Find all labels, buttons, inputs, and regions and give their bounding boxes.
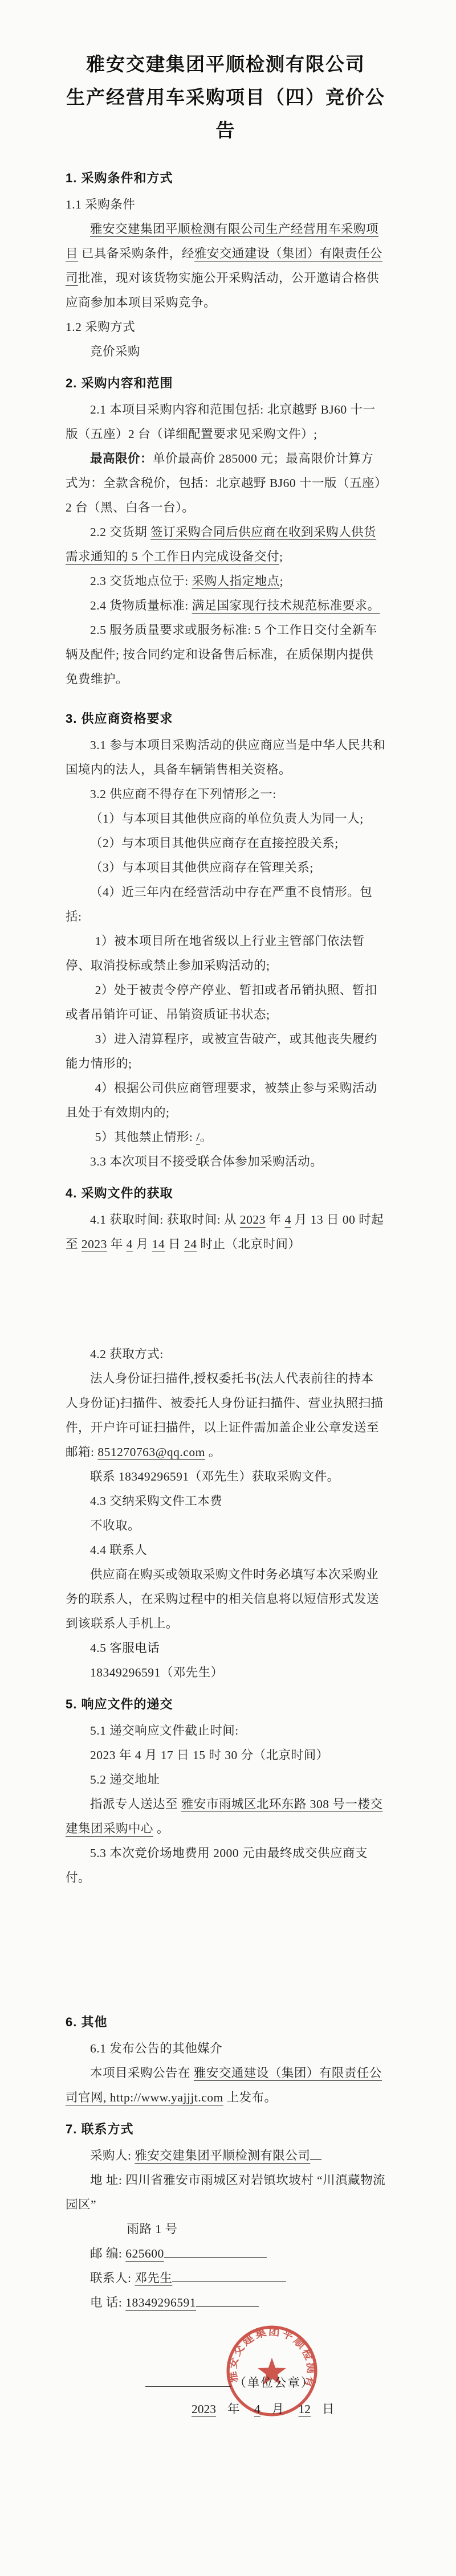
text-segment: 625600 <box>125 2247 164 2260</box>
paragraph: 5.3 本次竞价场地费用 2000 元由最终成交供应商支付。 <box>66 1841 386 1890</box>
paragraph: 3.3 本次项目不接受联合体参加采购活动。 <box>66 1150 386 1174</box>
seal-line: （单位公章） <box>145 2371 314 2395</box>
text-segment: 5.3 本次竞价场地费用 2000 元由最终成交供应商支付。 <box>66 1846 368 1884</box>
section-heading: 4. 采购文件的获取 <box>66 1181 386 1205</box>
date-day: 12 <box>290 2402 320 2416</box>
paragraph: 1）被本项目所在地省级以上行业主管部门依法暂停、取消投标或禁止参加采购活动的; <box>66 929 386 978</box>
text-segment: 4 <box>127 1237 133 1251</box>
paragraph: 不收取。 <box>66 1514 386 1538</box>
paragraph: 2.2 交货期 签订采购合同后供应商在收到采购人供货需求通知的 5 个工作日内完… <box>66 520 386 569</box>
paragraph: 4.2 获取方式: <box>66 1342 386 1367</box>
text-segment: 。 <box>205 1445 221 1459</box>
text-segment: 2.2 交货期 <box>90 525 150 539</box>
text-segment: ; <box>279 550 283 563</box>
document-section-4b-5: 4.2 获取方式:法人身份证扫描件,授权委托书(法人代表前往的持本人身份证)扫描… <box>66 1342 386 1890</box>
paragraph: （4）近三年内在经营活动中存在严重不良情形。包括: <box>66 880 386 929</box>
text-segment: 3）进入清算程序，或被宣告破产，或其他丧失履约能力情形的; <box>66 1032 377 1070</box>
text-segment: 本项目采购公告在 <box>90 2066 194 2080</box>
text-segment: 满足国家现行技术规范标准要求。 <box>192 599 380 612</box>
paragraph: 6.1 发布公告的其他媒介 <box>66 2037 386 2061</box>
text-segment: 竞价采购 <box>90 345 140 358</box>
blank-underline <box>310 2147 321 2160</box>
text-segment: 4.1 获取时间: 获取时间: 从 <box>90 1213 240 1226</box>
text-segment: ; <box>280 574 283 588</box>
text-segment: 6.1 发布公告的其他媒介 <box>90 2042 222 2055</box>
text-segment: 1.1 采购条件 <box>66 198 135 211</box>
text-segment: 3.1 参与本项目采购活动的供应商应当是中华人民共和国境内的法人，具备车辆销售相… <box>66 738 385 776</box>
text-segment: 1）被本项目所在地省级以上行业主管部门依法暂停、取消投标或禁止参加采购活动的; <box>66 934 365 972</box>
text-segment: 4.2 获取方式: <box>90 1347 164 1361</box>
text-segment: 5）其他禁止情形: <box>95 1130 197 1144</box>
text-segment: 2023 年 4 月 17 日 15 时 30 分（北京时间） <box>90 1748 329 1762</box>
text-segment: 雅安交建集团平顺检测有限公司 <box>135 2149 310 2162</box>
text-segment: 1. 采购条件和方式 <box>66 171 173 185</box>
text-segment: 2023 <box>240 1213 266 1226</box>
paragraph: 联系人: 邓先生 <box>66 2266 386 2291</box>
document-section-1-2: 雅安交建集团平顺检测有限公司 生产经营用车采购项目（四）竞价公告 1. 采购条件… <box>66 48 386 692</box>
text-segment: 批准，现对该货物实施公开采购活动，公开邀请合格供应商参加本项目采购竞争。 <box>66 271 379 309</box>
text-segment: 已具备采购条件，经 <box>78 247 194 260</box>
paragraph: 5）其他禁止情形: /。 <box>66 1125 386 1150</box>
text-segment: 4 <box>285 1213 291 1226</box>
paragraph: 地 址: 四川省雅安市雨城区对岩镇坎坡村 “川滇藏物流园区” <box>66 2168 386 2217</box>
paragraph: 2.4 货物质量标准: 满足国家现行技术规范标准要求。 <box>66 594 386 618</box>
text-segment: 5.2 递交地址 <box>90 1773 160 1786</box>
date-line: 2023年 4月 12日 <box>182 2397 337 2422</box>
text-segment: 不收取。 <box>90 1519 140 1532</box>
text-segment: （2）与本项目其他供应商存在直接控股关系; <box>90 836 339 850</box>
text-segment: 1.2 采购方式 <box>66 320 135 334</box>
date-year: 2023 <box>182 2402 225 2416</box>
date-day-label: 日 <box>320 2402 337 2416</box>
paragraph: 4.1 获取时间: 获取时间: 从 2023 年 4 月 13 日 00 时起至… <box>66 1208 386 1257</box>
text-segment: （4）近三年内在经营活动中存在严重不良情形。包括: <box>66 885 372 923</box>
text-segment: 。 <box>153 1822 169 1835</box>
text-segment: 日 <box>165 1237 184 1251</box>
text-segment: 3.2 供应商不得存在下列情形之一: <box>90 787 276 801</box>
text-segment: 时止（北京时间） <box>197 1237 300 1251</box>
paragraph: 4.3 交纳采购文件工本费 <box>66 1489 386 1514</box>
text-segment: 5.1 递交响应文件截止时间: <box>90 1724 239 1737</box>
section-heading: 7. 联系方式 <box>66 2117 386 2141</box>
text-segment: 2023 <box>82 1237 107 1251</box>
date-year-label: 年 <box>225 2402 242 2416</box>
text-segment: 雨路 1 号 <box>127 2222 178 2236</box>
date-month: 4 <box>245 2402 270 2416</box>
paragraph: 邮 编: 625600 <box>66 2242 386 2266</box>
paragraph: 2.3 交货地点位于: 采购人指定地点; <box>66 569 386 594</box>
paragraph: 2023 年 4 月 17 日 15 时 30 分（北京时间） <box>66 1743 386 1768</box>
blank-underline <box>196 2294 259 2307</box>
paragraph: 雨路 1 号 <box>66 2217 386 2242</box>
paragraph: 供应商在购买或领取采购文件时务必填写本次采购业务的联系人，在采购过程中的相关信息… <box>66 1563 386 1636</box>
paragraph: 3）进入清算程序，或被宣告破产，或其他丧失履约能力情形的; <box>66 1027 386 1076</box>
seal-note: （单位公章） <box>234 2376 314 2390</box>
text-segment: 指派专人送达至 <box>90 1797 181 1811</box>
text-segment: 邓先生 <box>135 2271 172 2285</box>
paragraph: 法人身份证扫描件,授权委托书(法人代表前往的持本人身份证)扫描件、被委托人身份证… <box>66 1367 386 1465</box>
text-segment: 联系 18349296591（邓先生）获取采购文件。 <box>90 1470 340 1483</box>
text-segment: 电 话: <box>90 2296 125 2309</box>
text-segment: 4）根据公司供应商管理要求，被禁止参与采购活动且处于有效期内的; <box>66 1081 377 1119</box>
text-segment: 上发布。 <box>223 2091 277 2104</box>
paragraph: 指派专人送达至 雅安市雨城区北环东路 308 号一楼交建集团采购中心 。 <box>66 1792 386 1841</box>
text-segment: 采购人: <box>90 2149 135 2162</box>
text-segment: 月 <box>133 1237 152 1251</box>
document-section-3-4a: 3. 供应商资格要求3.1 参与本项目采购活动的供应商应当是中华人民共和国境内的… <box>66 700 386 1257</box>
section-4b-5-paragraphs: 4.2 获取方式:法人身份证扫描件,授权委托书(法人代表前往的持本人身份证)扫描… <box>66 1342 386 1890</box>
text-segment: 最高限价： <box>90 452 153 465</box>
section-6-7-paragraphs: 6. 其他6.1 发布公告的其他媒介本项目采购公告在 雅安交通建设（集团）有限责… <box>66 2010 386 2315</box>
paragraph: 4.5 客服电话 <box>66 1636 386 1661</box>
text-segment: 年 <box>266 1213 285 1226</box>
paragraph: 本项目采购公告在 雅安交通建设（集团）有限责任公司官网, http://www.… <box>66 2061 386 2110</box>
section-heading: 2. 采购内容和范围 <box>66 371 386 395</box>
text-segment: 2.3 交货地点位于: <box>90 574 192 588</box>
paragraph: 联系 18349296591（邓先生）获取采购文件。 <box>66 1465 386 1489</box>
paragraph: 3.2 供应商不得存在下列情形之一: <box>66 782 386 807</box>
document-title: 雅安交建集团平顺检测有限公司 生产经营用车采购项目（四）竞价公告 <box>66 48 386 148</box>
paragraph: 最高限价：单价最高价 285000 元；最高限价计算方式为：全款含税价，包括：北… <box>66 447 386 520</box>
text-segment: 6. 其他 <box>66 2015 107 2029</box>
text-segment: 2.5 服务质量要求或服务标准: 5 个工作日交付全新车辆及配件; 按合同约定和… <box>66 623 377 686</box>
section-heading: 1. 采购条件和方式 <box>66 166 386 190</box>
text-segment: 4.4 联系人 <box>90 1543 147 1557</box>
document-title-line2: 生产经营用车采购项目（四）竞价公告 <box>66 81 386 148</box>
text-segment: 3.3 本次项目不接受联合体参加采购活动。 <box>90 1155 323 1168</box>
document-section-6-7-signature: 6. 其他6.1 发布公告的其他媒介本项目采购公告在 雅安交通建设（集团）有限责… <box>66 2003 386 2573</box>
text-segment: 邮 编: <box>90 2247 125 2260</box>
paragraph: 2.5 服务质量要求或服务标准: 5 个工作日交付全新车辆及配件; 按合同约定和… <box>66 618 386 692</box>
blank-underline <box>172 2270 286 2283</box>
text-segment: （1）与本项目其他供应商的单位负责人为同一人; <box>90 812 364 825</box>
document-title-line1: 雅安交建集团平顺检测有限公司 <box>66 48 386 81</box>
paragraph: 4）根据公司供应商管理要求，被禁止参与采购活动且处于有效期内的; <box>66 1076 386 1125</box>
paragraph: 1.1 采购条件 <box>66 193 386 217</box>
paragraph: （3）与本项目其他供应商存在管理关系; <box>66 856 386 880</box>
paragraph: 竞价采购 <box>66 340 386 364</box>
blank-underline <box>164 2245 267 2258</box>
paragraph: 18349296591（邓先生） <box>66 1661 386 1685</box>
paragraph: （1）与本项目其他供应商的单位负责人为同一人; <box>66 807 386 831</box>
paragraph: （2）与本项目其他供应商存在直接控股关系; <box>66 831 386 856</box>
text-segment: 2. 采购内容和范围 <box>66 376 173 390</box>
text-segment: 采购人指定地点 <box>192 574 280 588</box>
section-heading: 6. 其他 <box>66 2010 386 2034</box>
text-segment: 2.1 本项目采购内容和范围包括: 北京越野 BJ60 十一版（五座）2 台（详… <box>66 403 376 441</box>
seal-blank-underline <box>145 2374 231 2387</box>
text-segment: 7. 联系方式 <box>66 2122 133 2136</box>
paragraph: 4.4 联系人 <box>66 1538 386 1563</box>
text-segment: 4.5 客服电话 <box>90 1641 160 1655</box>
text-segment: 24 <box>184 1237 197 1251</box>
paragraph: 2.1 本项目采购内容和范围包括: 北京越野 BJ60 十一版（五座）2 台（详… <box>66 398 386 447</box>
section-1-2-paragraphs: 1. 采购条件和方式1.1 采购条件雅安交建集团平顺检测有限公司生产经营用车采购… <box>66 166 386 692</box>
text-segment: 供应商在购买或领取采购文件时务必填写本次采购业务的联系人，在采购过程中的相关信息… <box>66 1568 379 1630</box>
paragraph: 5.2 递交地址 <box>66 1768 386 1792</box>
text-segment: 年 <box>107 1237 127 1251</box>
date-month-label: 月 <box>270 2402 287 2416</box>
text-segment: 4.3 交纳采购文件工本费 <box>90 1494 222 1508</box>
text-segment: 851270763@qq.com <box>97 1445 205 1459</box>
text-segment: 。 <box>200 1130 213 1144</box>
paragraph: 1.2 采购方式 <box>66 315 386 340</box>
text-segment: （3）与本项目其他供应商存在管理关系; <box>90 861 313 874</box>
text-segment: 18349296591（邓先生） <box>90 1666 223 1679</box>
text-segment: 地 址: 四川省雅安市雨城区对岩镇坎坡村 “川滇藏物流园区” <box>66 2173 385 2211</box>
paragraph: 采购人: 雅安交建集团平顺检测有限公司 <box>66 2144 386 2168</box>
text-segment: 5. 响应文件的递交 <box>66 1697 173 1711</box>
paragraph: 电 话: 18349296591 <box>66 2291 386 2315</box>
document-page: 雅安交建集团平顺检测有限公司 生产经营用车采购项目（四）竞价公告 1. 采购条件… <box>0 0 456 2576</box>
text-segment: 18349296591 <box>125 2296 196 2309</box>
text-segment: 14 <box>152 1237 165 1251</box>
text-segment: 4. 采购文件的获取 <box>66 1186 173 1200</box>
paragraph: 5.1 递交响应文件截止时间: <box>66 1719 386 1743</box>
paragraph: 3.1 参与本项目采购活动的供应商应当是中华人民共和国境内的法人，具备车辆销售相… <box>66 733 386 782</box>
section-heading: 3. 供应商资格要求 <box>66 706 386 731</box>
section-3-4a-paragraphs: 3. 供应商资格要求3.1 参与本项目采购活动的供应商应当是中华人民共和国境内的… <box>66 706 386 1257</box>
paragraph: 2）处于被责令停产停业、暂扣或者吊销执照、暂扣或者吊销许可证、吊销资质证书状态; <box>66 978 386 1027</box>
text-segment: 2）处于被责令停产停业、暂扣或者吊销执照、暂扣或者吊销许可证、吊销资质证书状态; <box>66 983 377 1021</box>
paragraph: 雅安交建集团平顺检测有限公司生产经营用车采购项目 已具备采购条件，经雅安交通建设… <box>66 217 386 315</box>
section-heading: 5. 响应文件的递交 <box>66 1692 386 1716</box>
text-segment: 联系人: <box>90 2271 135 2285</box>
text-segment: 3. 供应商资格要求 <box>66 712 173 726</box>
text-segment: 2.4 货物质量标准: <box>90 599 192 612</box>
